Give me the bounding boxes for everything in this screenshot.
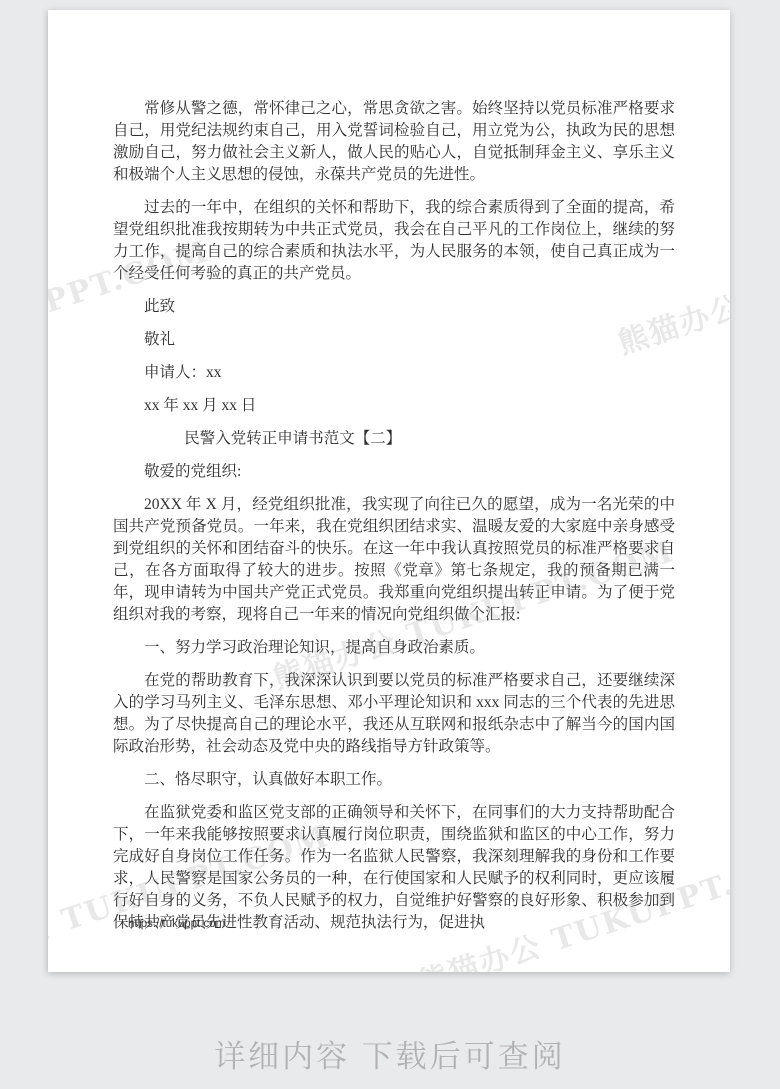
doc-section-title: 民警入党转正申请书范文【二】	[113, 428, 675, 450]
doc-paragraph: 在监狱党委和监区党支部的正确领导和关怀下，在同事们的大力支持帮助配合下，一年来我…	[113, 802, 675, 934]
doc-paragraph: 在党的帮助教育下，我深深认识到要以党员的标准严格要求自己，还要继续深入的学习马列…	[113, 670, 675, 758]
doc-paragraph: 20XX 年 X 月，经党组织批准，我实现了向往已久的愿望，成为一名光荣的中国共…	[113, 494, 675, 626]
banner-text: 详细内容 下载后可查阅	[214, 1031, 566, 1076]
doc-paragraph: 常修从警之德，常怀律己之心，常思贪欲之害。始终坚持以党员标准严格要求自己，用党纪…	[113, 98, 675, 186]
document-body: 常修从警之德，常怀律己之心，常思贪欲之害。始终坚持以党员标准严格要求自己，用党纪…	[48, 10, 730, 934]
doc-heading-one: 一、努力学习政治理论知识，提高自身政治素质。	[113, 637, 675, 659]
doc-closing-cizhi: 此致	[113, 296, 675, 318]
doc-salutation: 敬爱的党组织:	[113, 461, 675, 483]
doc-heading-two: 二、恪尽职守，认真做好本职工作。	[113, 769, 675, 791]
doc-applicant-line: 申请人：xx	[113, 362, 675, 384]
document-page: 常修从警之德，常怀律己之心，常思贪欲之害。始终坚持以党员标准严格要求自己，用党纪…	[48, 10, 730, 972]
doc-date-line: xx 年 xx 月 xx 日	[113, 395, 675, 417]
footer-url: https://tukuppt.com	[128, 918, 225, 930]
doc-closing-jingli: 敬礼	[113, 329, 675, 351]
preview-banner: 详细内容 下载后可查阅	[0, 1018, 780, 1089]
doc-paragraph: 过去的一年中，在组织的关怀和帮助下，我的综合素质得到了全面的提高，希望党组织批准…	[113, 197, 675, 285]
